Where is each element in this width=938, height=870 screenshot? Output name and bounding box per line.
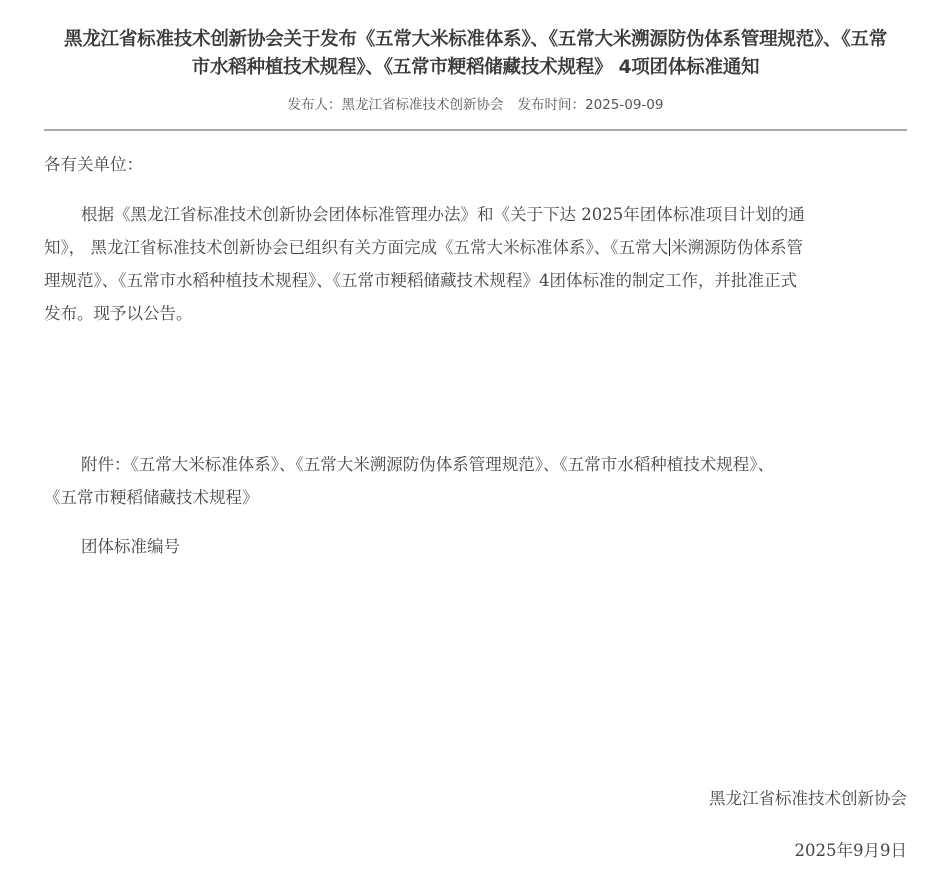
attachments: 附件：《五常大米标准体系》、《五常大米溯源防伪体系管理规范》、《五常市水稻种植技… bbox=[44, 448, 907, 514]
signature-date: 2025年9月9日 bbox=[795, 834, 908, 867]
text-cursor bbox=[669, 238, 670, 256]
publish-date: 2025-09-09 bbox=[585, 94, 663, 116]
publisher-label: 发布人： bbox=[288, 94, 342, 116]
header-divider bbox=[44, 129, 907, 131]
paragraph-line: 知》， 黑龙江省标准技术创新协会已组织有关方面完成《五常大米标准体系》、《五常大… bbox=[44, 231, 907, 264]
announcement-paragraph[interactable]: 根据《黑龙江省标准技术创新协会团体标准管理办法》和《关于下达 2025年团体标准… bbox=[44, 198, 907, 330]
publish-date-label: 发布时间： bbox=[518, 94, 586, 116]
attachment-line: 《五常市粳稻储藏技术规程》 bbox=[44, 481, 907, 514]
page-title: 黑龙江省标准技术创新协会关于发布《五常大米标准体系》、《五常大米溯源防伪体系管理… bbox=[44, 0, 907, 82]
paragraph-line: 理规范》、《五常市水稻种植技术规程》、《五常市粳稻储藏技术规程》4团体标准的制定… bbox=[44, 264, 907, 297]
article-meta: 发布人：黑龙江省标准技术创新协会发布时间：2025-09-09 bbox=[44, 94, 907, 116]
attachment-line: 附件：《五常大米标准体系》、《五常大米溯源防伪体系管理规范》、《五常市水稻种植技… bbox=[44, 448, 907, 481]
standard-number-label: 团体标准编号 bbox=[81, 530, 180, 563]
paragraph-line-text: 知》， 黑龙江省标准技术创新协会已组织有关方面完成《五常大米标准体系》、《五常大 bbox=[44, 238, 668, 257]
title-line-2: 市水稻种植技术规程》、《五常市粳稻储藏技术规程》 4项团体标准通知 bbox=[192, 57, 760, 78]
publisher-name: 黑龙江省标准技术创新协会 bbox=[342, 94, 504, 116]
paragraph-line: 根据《黑龙江省标准技术创新协会团体标准管理办法》和《关于下达 2025年团体标准… bbox=[44, 198, 907, 231]
paragraph-line-text: 米溯源防伪体系管 bbox=[671, 238, 803, 257]
notice-page: 黑龙江省标准技术创新协会关于发布《五常大米标准体系》、《五常大米溯源防伪体系管理… bbox=[44, 0, 907, 131]
salutation: 各有关单位： bbox=[44, 148, 143, 181]
signature-organization: 黑龙江省标准技术创新协会 bbox=[709, 782, 907, 815]
paragraph-line: 发布。现予以公告。 bbox=[44, 297, 907, 330]
title-line-1: 黑龙江省标准技术创新协会关于发布《五常大米标准体系》、《五常大米溯源防伪体系管理… bbox=[64, 29, 887, 50]
